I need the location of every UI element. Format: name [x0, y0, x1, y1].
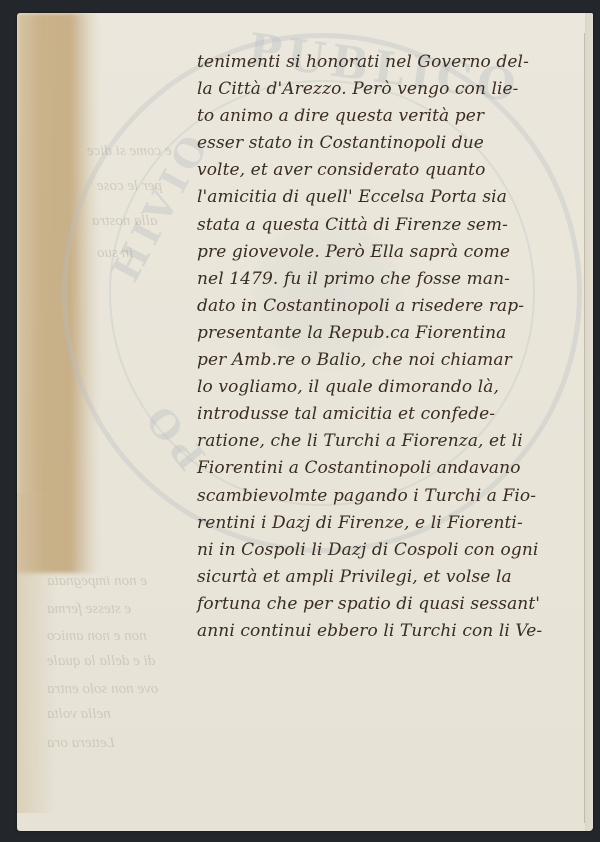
bleed-through-line: e non impegnata — [47, 573, 147, 590]
text-line: to animo a dire questa verità per — [197, 103, 593, 130]
text-line: tenimenti si honorati nel Governo del- — [197, 49, 593, 76]
text-line: dato in Costantinopoli a risedere rap- — [197, 293, 593, 320]
handwritten-text-block: tenimenti si honorati nel Governo del- l… — [197, 49, 593, 645]
text-line: ratione, che li Turchi a Fiorenza, et li — [197, 428, 593, 455]
text-line: esser stato in Costantinopoli due — [197, 130, 593, 157]
bleed-through-line: e stesse ferma — [47, 601, 131, 618]
scan-viewport: PUBLICO HIVIO PO e come si dice per le c… — [0, 0, 600, 842]
text-line: anni continui ebbero li Turchi con li Ve… — [197, 618, 593, 645]
text-line: la Città d'Arezzo. Però vengo con lie- — [197, 76, 593, 103]
text-line: rentini i Dazj di Firenze, e li Fiorenti… — [197, 510, 593, 537]
text-line: scambievolmte pagando i Turchi a Fio- — [197, 483, 593, 510]
text-line: introdusse tal amicitia et confede- — [197, 401, 593, 428]
bleed-through-line: in suo — [97, 245, 133, 262]
text-line: lo vogliamo, il quale dimorando là, — [197, 374, 593, 401]
text-line: pre giovevole. Però Ella saprà come — [197, 239, 593, 266]
text-line: sicurtà et ampli Privilegi, et volse la — [197, 564, 593, 591]
text-line: ni in Cospoli li Dazj di Cospoli con ogn… — [197, 537, 593, 564]
bleed-through-line: di e della la quale — [47, 653, 155, 670]
text-line: per Amb.re o Balio, che noi chiamar — [197, 347, 593, 374]
bleed-through-line: non e non amico — [47, 628, 147, 645]
text-line: l'amicitia di quell' Eccelsa Porta sia — [197, 184, 593, 211]
text-line: fortuna che per spatio di quasi sessant' — [197, 591, 593, 618]
bleed-through-line: Lettera ora — [47, 735, 115, 752]
text-line: stata a questa Città di Firenze sem- — [197, 212, 593, 239]
bleed-through-line: e come si dice — [87, 143, 172, 160]
text-line: presentante la Repub.ca Fiorentina — [197, 320, 593, 347]
bleed-through-line: per le cose — [97, 178, 162, 195]
text-line: volte, et aver considerato quanto — [197, 157, 593, 184]
bleed-through-line: nella volta — [47, 706, 111, 723]
text-line: nel 1479. fu il primo che fosse man- — [197, 266, 593, 293]
text-line: Fiorentini a Costantinopoli andavano — [197, 455, 593, 482]
bleed-through-line: alla nostra — [92, 213, 157, 230]
manuscript-page: PUBLICO HIVIO PO e come si dice per le c… — [17, 13, 593, 831]
bleed-through-line: ove non solo entra — [47, 681, 158, 698]
